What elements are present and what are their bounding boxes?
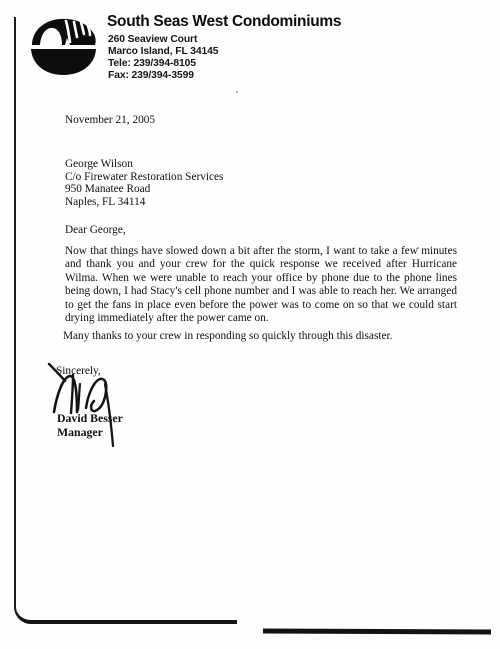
body-paragraph-1: Now that things have slowed down a bit a…	[65, 245, 457, 326]
address-phone: Tele: 239/394-8105	[108, 58, 218, 70]
company-logo-icon	[30, 18, 97, 77]
recipient-address-block: George Wilson C/o Firewater Restoration …	[65, 158, 223, 208]
address-street: 260 Seaview Court	[108, 34, 218, 46]
scan-edge-bottom-bar	[263, 629, 491, 635]
address-fax: Fax: 239/394-3599	[108, 70, 218, 82]
salutation: Dear George,	[65, 224, 126, 237]
letterhead-address-block: 260 Seaview Court Marco Island, FL 34145…	[108, 34, 218, 82]
address-city: Marco Island, FL 34145	[108, 46, 218, 58]
recipient-name: George Wilson	[65, 158, 223, 171]
scan-speck	[236, 91, 238, 93]
letter-date: November 21, 2005	[65, 114, 155, 127]
company-name: South Seas West Condominiums	[107, 13, 341, 31]
signer-title: Manager	[57, 426, 103, 439]
body-paragraph-2: Many thanks to your crew in responding s…	[63, 330, 455, 343]
recipient-company: C/o Firewater Restoration Services	[65, 171, 223, 184]
recipient-city: Naples, FL 34114	[65, 196, 223, 209]
scanned-letter-page: South Seas West Condominiums 260 Seaview…	[0, 0, 500, 649]
signer-name: David Besser	[57, 412, 123, 425]
recipient-street: 950 Manatee Road	[65, 183, 223, 196]
